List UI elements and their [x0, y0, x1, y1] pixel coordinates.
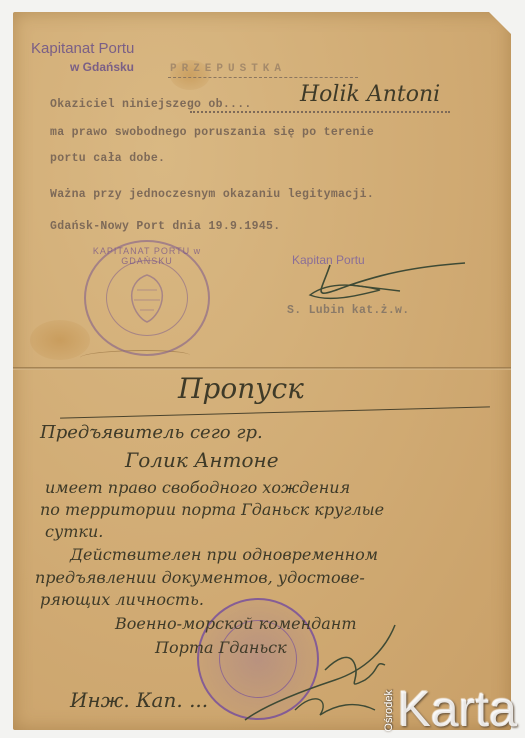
karta-watermark: Ośrodek Karta	[383, 686, 517, 732]
russian-line-4: по территории порта Гданьск круглые	[40, 500, 384, 519]
title-underline	[168, 77, 358, 79]
typed-line-3: portu cała dobe.	[50, 152, 165, 165]
stain	[30, 320, 90, 360]
russian-line-7: предъявлении документов, удостове-	[35, 568, 365, 587]
typed-line-1: Okaziciel niniejszego ob....	[50, 98, 252, 111]
russian-line-6: Действителен при одновременном	[70, 545, 378, 564]
russian-line-8: ряющих личность.	[40, 590, 204, 609]
round-stamp-kapitanat: KAPITANAT PORTU w GDAŃSKU	[84, 240, 210, 356]
document-title: PRZEPUSTKA	[170, 63, 286, 75]
russian-line-5: сутки.	[45, 522, 103, 541]
watermark-osrodek: Ośrodek	[383, 690, 395, 732]
signatory-name: S. Lubin kat.ż.w.	[287, 304, 409, 317]
typed-line-5-date: Gdańsk-Nowy Port dnia 19.9.1945.	[50, 220, 280, 233]
russian-line-2-name: Голик Антоне	[125, 448, 279, 472]
russian-title: Пропуск	[178, 372, 304, 405]
handwritten-name: Holik Antoni	[300, 82, 440, 107]
eagle-emblem-icon	[122, 270, 172, 326]
fold-line	[13, 367, 511, 370]
russian-line-1: Предъявитель сего гр.	[40, 422, 263, 443]
name-dotted-line	[190, 111, 450, 113]
typed-line-2: ma prawo swobodnego poruszania się po te…	[50, 126, 374, 139]
round-stamp-text: KAPITANAT PORTU w GDAŃSKU	[86, 246, 208, 266]
typed-line-4: Ważna przy jednoczesnym okazaniu legitym…	[50, 188, 374, 201]
stamp-header-line1: Kapitanat Portu	[31, 40, 134, 57]
russian-line-3: имеет право свободного хождения	[45, 478, 350, 497]
watermark-karta: Karta	[397, 686, 517, 732]
stamp-header-line2: w Gdańsku	[70, 60, 134, 74]
torn-corner	[489, 12, 511, 34]
engineer-captain-signatory: Инж. Кап. ...	[70, 688, 208, 712]
